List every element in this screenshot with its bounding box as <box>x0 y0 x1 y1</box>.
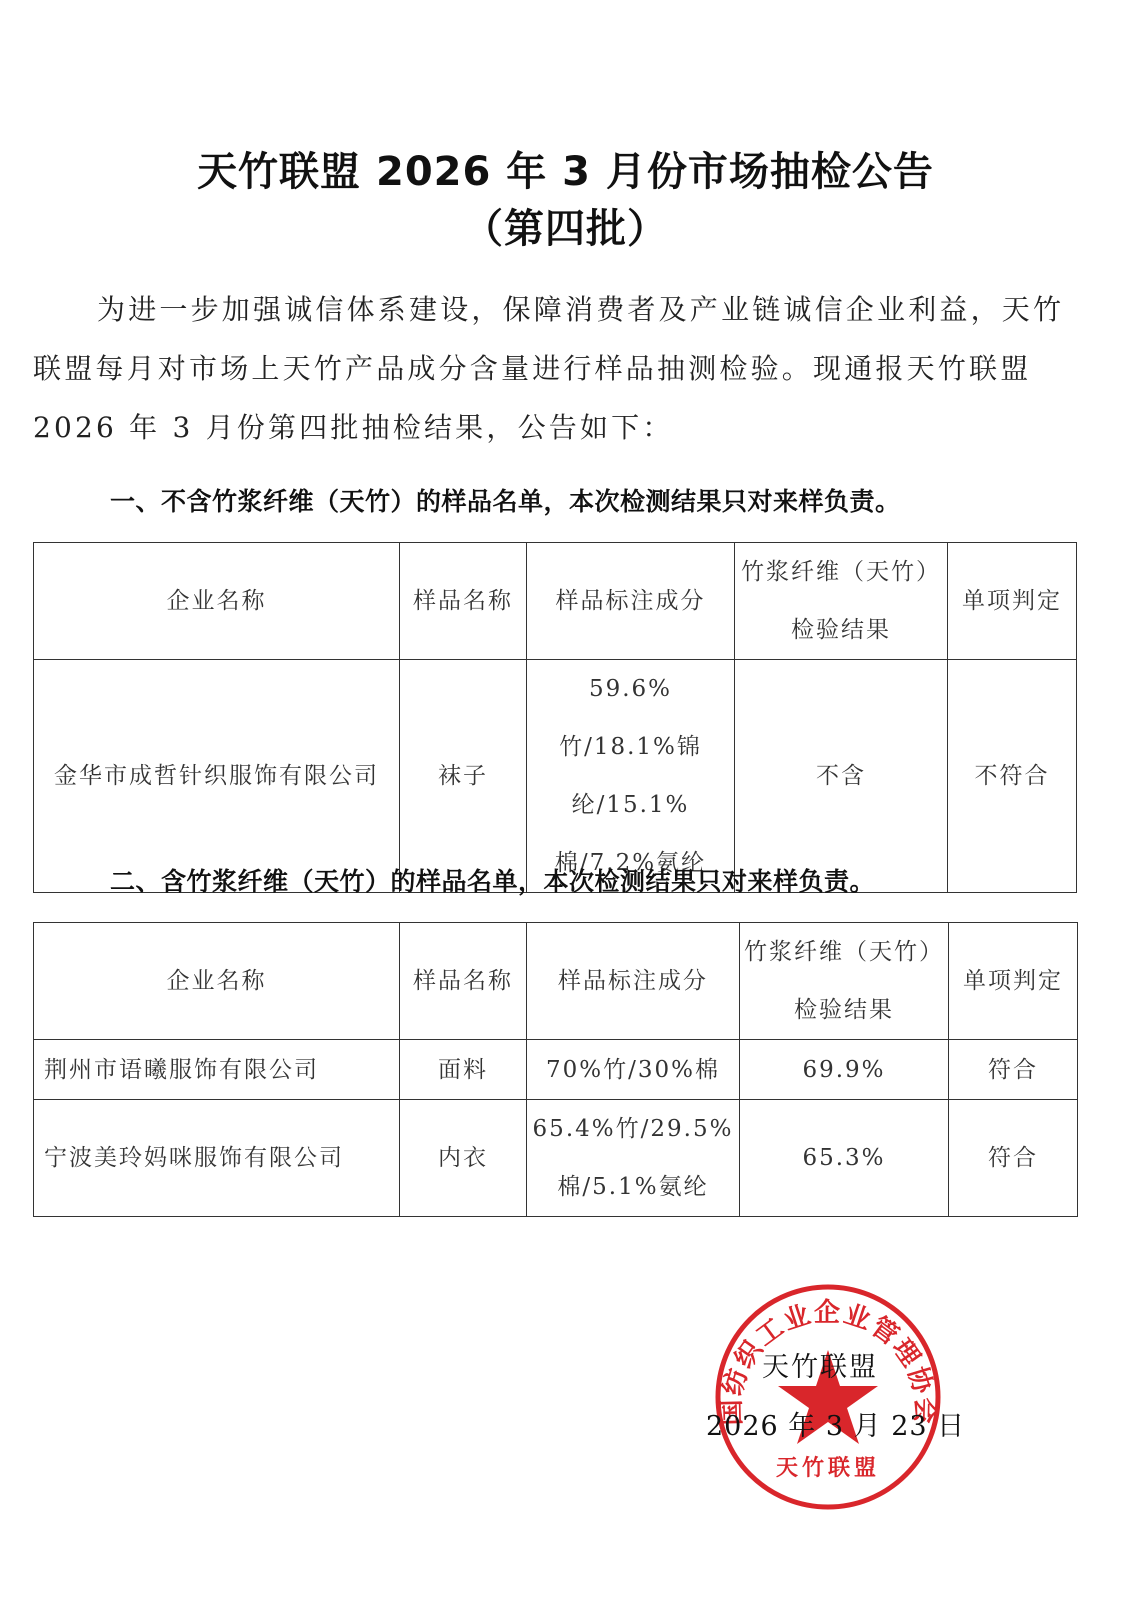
cell-company: 金华市成哲针织服饰有限公司 <box>34 660 400 893</box>
header-test-result: 竹浆纤维（天竹）检验结果 <box>740 923 949 1040</box>
header-company: 企业名称 <box>34 543 400 660</box>
table-row: 宁波美玲妈咪服饰有限公司 内衣 65.4%竹/29.5%棉/5.1%氨纶 65.… <box>34 1100 1078 1217</box>
table-no-bamboo: 企业名称 样品名称 样品标注成分 竹浆纤维（天竹）检验结果 单项判定 金华市成哲… <box>33 542 1077 893</box>
table-header-row: 企业名称 样品名称 样品标注成分 竹浆纤维（天竹）检验结果 单项判定 <box>34 543 1077 660</box>
document-subtitle: （第四批） <box>0 197 1131 254</box>
header-sample: 样品名称 <box>400 923 527 1040</box>
cell-judgment: 符合 <box>949 1040 1078 1100</box>
official-seal: 国纺织工业企业管理协会 天竹联盟 <box>713 1282 943 1512</box>
cell-composition: 70%竹/30%棉 <box>527 1040 740 1100</box>
header-judgment: 单项判定 <box>948 543 1077 660</box>
header-test-result: 竹浆纤维（天竹）检验结果 <box>735 543 948 660</box>
header-judgment: 单项判定 <box>949 923 1078 1040</box>
cell-sample: 袜子 <box>400 660 527 893</box>
seal-bottom-text: 天竹联盟 <box>776 1455 880 1481</box>
section-heading-no-bamboo: 一、不含竹浆纤维（天竹）的样品名单，本次检测结果只对来样负责。 <box>110 482 901 518</box>
header-composition: 样品标注成分 <box>527 923 740 1040</box>
header-company: 企业名称 <box>34 923 400 1040</box>
cell-composition: 65.4%竹/29.5%棉/5.1%氨纶 <box>527 1100 740 1217</box>
signature-org: 天竹联盟 <box>762 1345 878 1384</box>
cell-company: 荆州市语曦服饰有限公司 <box>34 1040 400 1100</box>
cell-test-result: 不含 <box>735 660 948 893</box>
table-row: 金华市成哲针织服饰有限公司 袜子 59.6%竹/18.1%锦纶/15.1%棉/7… <box>34 660 1077 893</box>
document-title: 天竹联盟 2026 年 3 月份市场抽检公告 <box>0 140 1131 197</box>
cell-company: 宁波美玲妈咪服饰有限公司 <box>34 1100 400 1217</box>
cell-composition: 59.6%竹/18.1%锦纶/15.1%棉/7.2%氨纶 <box>527 660 735 893</box>
signature-date: 2026 年 3 月 23 日 <box>706 1404 965 1443</box>
cell-sample: 内衣 <box>400 1100 527 1217</box>
table-header-row: 企业名称 样品名称 样品标注成分 竹浆纤维（天竹）检验结果 单项判定 <box>34 923 1078 1040</box>
cell-sample: 面料 <box>400 1040 527 1100</box>
cell-judgment: 符合 <box>949 1100 1078 1217</box>
cell-judgment: 不符合 <box>948 660 1077 893</box>
table-with-bamboo: 企业名称 样品名称 样品标注成分 竹浆纤维（天竹）检验结果 单项判定 荆州市语曦… <box>33 922 1078 1217</box>
cell-test-result: 69.9% <box>740 1040 949 1100</box>
table-row: 荆州市语曦服饰有限公司 面料 70%竹/30%棉 69.9% 符合 <box>34 1040 1078 1100</box>
header-sample: 样品名称 <box>400 543 527 660</box>
intro-paragraph: 为进一步加强诚信体系建设，保障消费者及产业链诚信企业利益，天竹联盟每月对市场上天… <box>33 280 1073 457</box>
header-composition: 样品标注成分 <box>527 543 735 660</box>
section-heading-with-bamboo: 二、含竹浆纤维（天竹）的样品名单，本次检测结果只对来样负责。 <box>110 862 875 898</box>
cell-test-result: 65.3% <box>740 1100 949 1217</box>
